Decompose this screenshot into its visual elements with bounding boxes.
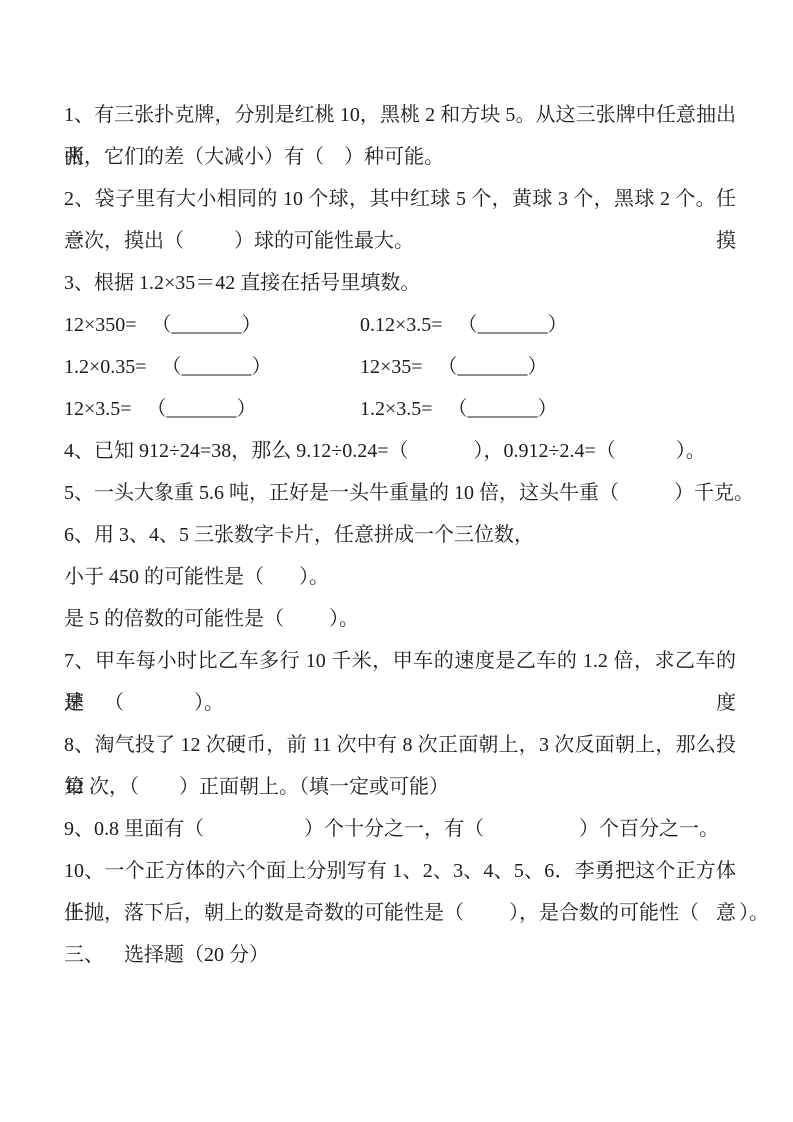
problem-4: 4、已知 912÷24=38，那么 9.12÷0.24=（ ），0.912÷2.…	[64, 430, 736, 472]
problem-3-row-3-left: 12×3.5= （_______）	[64, 388, 360, 430]
problem-1-line-1: 1、有三张扑克牌，分别是红桃 10，黑桃 2 和方块 5。从这三张牌中任意抽出两	[64, 94, 736, 136]
worksheet-content: 1、有三张扑克牌，分别是红桃 10，黑桃 2 和方块 5。从这三张牌中任意抽出两…	[64, 94, 736, 976]
problem-3-row-2: 1.2×0.35= （_______） 12×35= （_______）	[64, 346, 736, 388]
problem-7-line-1: 7、甲车每小时比乙车多行 10 千米，甲车的速度是乙车的 1.2 倍，求乙车的速…	[64, 640, 736, 682]
problem-6-line-3: 是 5 的倍数的可能性是（ ）。	[64, 598, 736, 640]
problem-9: 9、0.8 里面有（ ）个十分之一，有（ ）个百分之一。	[64, 808, 736, 850]
problem-3-row-3-right: 1.2×3.5= （_______）	[360, 388, 736, 430]
worksheet-page: 1、有三张扑克牌，分别是红桃 10，黑桃 2 和方块 5。从这三张牌中任意抽出两…	[0, 0, 793, 1122]
problem-5: 5、一头大象重 5.6 吨，正好是一头牛重量的 10 倍，这头牛重（ ）千克。	[64, 472, 736, 514]
problem-10-line-1: 10、一个正方体的六个面上分别写有 1、2、3、4、5、6．李勇把这个正方体任意	[64, 850, 736, 892]
problem-8-line-2: 12 次，（ ）正面朝上。（填一定或可能）	[64, 766, 736, 808]
problem-3-intro: 3、根据 1.2×35＝42 直接在括号里填数。	[64, 262, 736, 304]
problem-6-line-1: 6、用 3、4、5 三张数字卡片，任意拼成一个三位数，	[64, 514, 736, 556]
problem-10-line-2: 上抛，落下后，朝上的数是奇数的可能性是（ ），是合数的可能性（ ）。	[64, 892, 736, 934]
problem-3-row-2-right: 12×35= （_______）	[360, 346, 736, 388]
problem-6-line-2: 小于 450 的可能性是（ ）。	[64, 556, 736, 598]
problem-3-row-2-left: 1.2×0.35= （_______）	[64, 346, 360, 388]
section-3-header: 三、 选择题（20 分）	[64, 934, 736, 976]
problem-3-row-3: 12×3.5= （_______） 1.2×3.5= （_______）	[64, 388, 736, 430]
problem-3-row-1-right: 0.12×3.5= （_______）	[360, 304, 736, 346]
problem-1-line-2: 张，它们的差（大减小）有（ ）种可能。	[64, 136, 736, 178]
problem-3-row-1: 12×350= （_______） 0.12×3.5= （_______）	[64, 304, 736, 346]
problem-2-line-1: 2、袋子里有大小相同的 10 个球，其中红球 5 个，黄球 3 个，黑球 2 个…	[64, 178, 736, 220]
problem-3-row-1-left: 12×350= （_______）	[64, 304, 360, 346]
problem-8-line-1: 8、淘气投了 12 次硬币，前 11 次中有 8 次正面朝上，3 次反面朝上，那…	[64, 724, 736, 766]
